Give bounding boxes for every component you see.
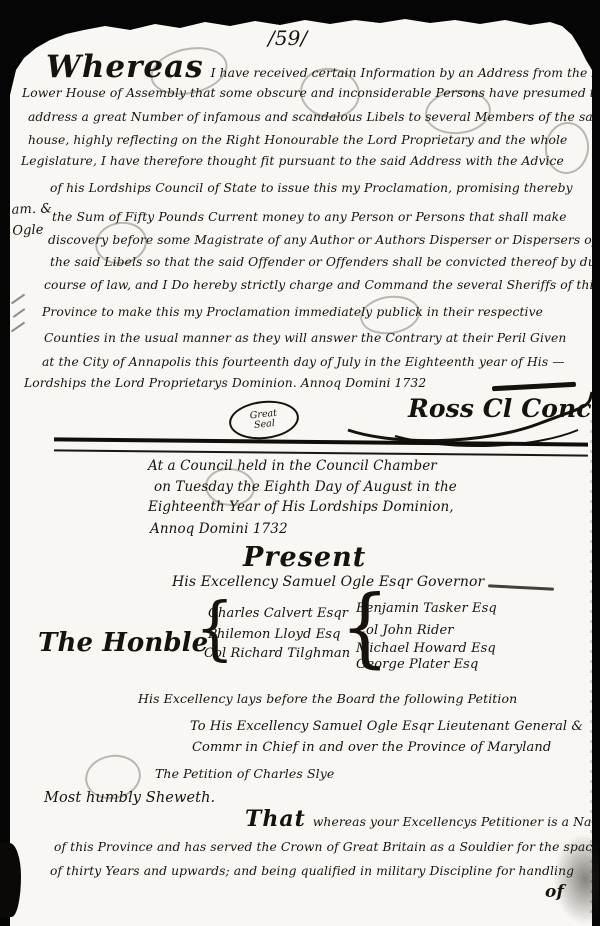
petition-address-line: Commr in Chief in and over the Province … <box>192 740 551 755</box>
proclamation-line: the Sum of Fifty Pounds Current money to… <box>52 210 567 224</box>
proclamation-line: of his Lordships Council of State to iss… <box>50 181 573 195</box>
manuscript-page: /59/ am. & Ogle WhereasI have received c… <box>10 0 592 926</box>
councillor-name: Charles Calvert Esqr <box>208 606 348 621</box>
margin-note-line: am. & <box>11 199 52 221</box>
page-number: /59/ <box>268 26 307 50</box>
petition-line: of thirty Years and upwards; and being q… <box>50 864 574 878</box>
petition-opening-rest: whereas your Excellencys Petitioner is a… <box>313 815 600 829</box>
scan-smudge <box>553 833 599 925</box>
council-heading-line: At a Council held in the Council Chamber <box>148 458 437 474</box>
councillor-name: Philemon Lloyd Esq <box>208 627 341 642</box>
councillor-name: George Plater Esq <box>356 657 478 672</box>
pen-dash <box>488 584 554 590</box>
proclamation-line: the said Libels so that the said Offende… <box>50 255 600 269</box>
present-heading: Present <box>243 542 366 573</box>
councillor-name: Michael Howard Esq <box>356 641 496 656</box>
proclamation-opening-rest: I have received certain Information by a… <box>211 66 600 80</box>
petition-intro: His Excellency lays before the Board the… <box>138 691 517 706</box>
proclamation-opening-line: WhereasI have received certain Informati… <box>46 49 600 85</box>
proclamation-line: course of law, and I Do hereby strictly … <box>44 278 600 292</box>
proclamation-line: Lower House of Assembly that some obscur… <box>22 86 600 100</box>
proclamation-line: address a great Number of infamous and s… <box>28 110 600 124</box>
proclamation-line: at the City of Annapolis this fourteenth… <box>42 355 565 369</box>
proclamation-line: house, highly reflecting on the Right Ho… <box>28 133 567 147</box>
proclamation-opening-word: Whereas <box>46 49 204 85</box>
clerk-signature: Ross Cl Conc <box>408 394 592 423</box>
scan-ink-blob <box>0 843 21 917</box>
proclamation-line: discovery before some Magistrate of any … <box>48 233 596 247</box>
councillor-name: Col John Rider <box>356 623 454 638</box>
proclamation-line: Counties in the usual manner as they wil… <box>44 331 566 345</box>
scan-scratch <box>11 294 25 305</box>
council-heading-line: Eighteenth Year of His Lordships Dominio… <box>148 499 454 515</box>
petition-of-line: The Petition of Charles Slye <box>155 766 334 781</box>
councillor-name: Col Richard Tilghman <box>204 646 350 661</box>
honble-label: The Honble <box>38 628 208 658</box>
scan-scratch <box>11 322 25 333</box>
council-heading-line: on Tuesday the Eighth Day of August in t… <box>154 479 457 495</box>
petition-opening-word: That <box>245 806 306 832</box>
petition-address-line: To His Excellency Samuel Ogle Esqr Lieut… <box>190 719 583 734</box>
councillor-name: Benjamin Tasker Esq <box>356 601 497 616</box>
great-seal-line: Seal <box>254 419 276 431</box>
proclamation-line: Province to make this my Proclamation im… <box>42 305 543 319</box>
proclamation-line: Legislature, I have therefore thought fi… <box>21 154 564 168</box>
petition-opening-line: Thatwhereas your Excellencys Petitioner … <box>245 806 600 832</box>
margin-note-line: Ogle <box>12 220 53 242</box>
petition-line: of this Province and has served the Crow… <box>54 840 600 854</box>
great-seal-note: Great Seal <box>227 397 301 442</box>
council-heading-line: Annoq Domini 1732 <box>150 521 288 537</box>
scan-scratch <box>13 308 26 318</box>
margin-note: am. & Ogle <box>11 199 53 242</box>
sheweth-line: Most humbly Sheweth. <box>44 790 215 806</box>
